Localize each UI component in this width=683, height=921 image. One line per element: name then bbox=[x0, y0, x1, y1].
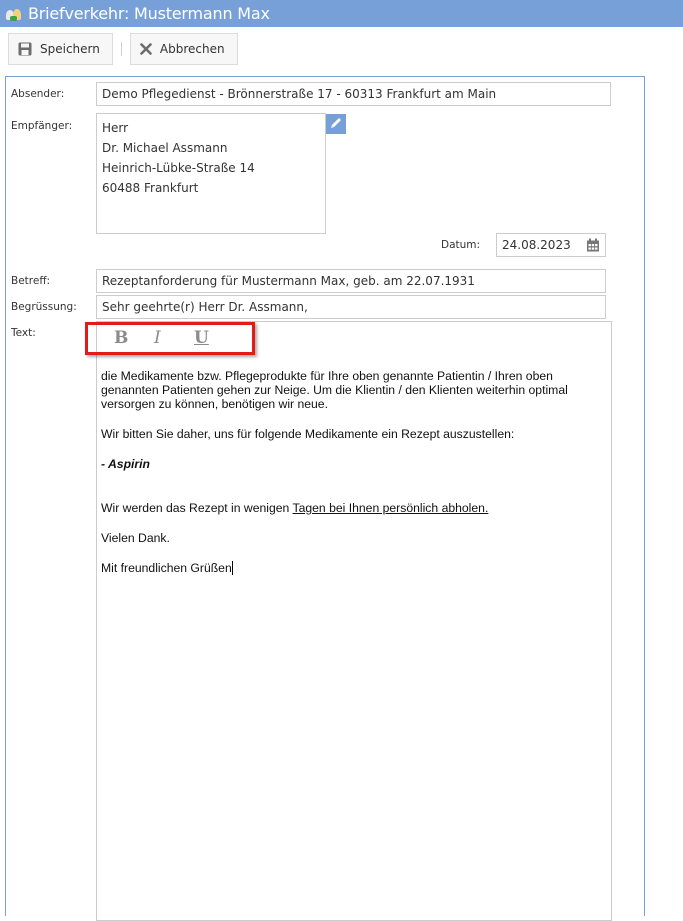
medication-item: - Aspirin bbox=[101, 457, 611, 471]
recipient-line: Dr. Michael Assmann bbox=[102, 138, 320, 158]
window-title: Briefverkehr: Mustermann Max bbox=[28, 4, 270, 23]
sender-label: Absender: bbox=[11, 88, 64, 100]
date-field[interactable]: 24.08.2023 bbox=[496, 233, 606, 257]
underline-button[interactable]: U bbox=[194, 330, 234, 347]
greeting-field[interactable]: Sehr geehrte(r) Herr Dr. Assmann, bbox=[96, 295, 606, 319]
body-paragraph: Vielen Dank. bbox=[101, 531, 611, 545]
body-text-underlined: Tagen bei Ihnen persönlich abholen. bbox=[293, 501, 489, 515]
body-paragraph: Mit freundlichen Grüßen bbox=[101, 561, 611, 575]
bold-button[interactable]: B bbox=[114, 330, 154, 347]
sender-field[interactable]: Demo Pflegedienst - Brönnerstraße 17 - 6… bbox=[96, 82, 611, 106]
subject-field[interactable]: Rezeptanforderung für Mustermann Max, ge… bbox=[96, 269, 606, 293]
cancel-button[interactable]: Abbrechen bbox=[130, 33, 238, 65]
recipient-label: Empfänger: bbox=[11, 120, 72, 132]
recipient-address-box: Herr Dr. Michael Assmann Heinrich-Lübke-… bbox=[96, 113, 326, 234]
save-button[interactable]: Speichern bbox=[8, 33, 113, 65]
letter-body[interactable]: die Medikamente bzw. Pflegeprodukte für … bbox=[101, 369, 611, 591]
recipient-line: Herr bbox=[102, 118, 320, 138]
text-caret bbox=[232, 561, 233, 575]
cancel-button-label: Abbrechen bbox=[160, 42, 225, 56]
recipient-line: 60488 Frankfurt bbox=[102, 178, 320, 198]
letter-form-panel: Absender: Demo Pflegedienst - Brönnerstr… bbox=[5, 76, 645, 899]
edit-recipient-button[interactable] bbox=[326, 114, 346, 134]
save-button-label: Speichern bbox=[40, 42, 100, 56]
recipient-line: Heinrich-Lübke-Straße 14 bbox=[102, 158, 320, 178]
closing-text: Mit freundlichen Grüßen bbox=[101, 561, 232, 575]
greeting-label: Begrüssung: bbox=[11, 301, 77, 313]
subject-label: Betreff: bbox=[11, 275, 50, 287]
formatting-toolbar: B I U bbox=[85, 322, 255, 355]
italic-button[interactable]: I bbox=[154, 330, 194, 347]
body-text-plain: Wir werden das Rezept in wenigen bbox=[101, 501, 293, 515]
text-label: Text: bbox=[11, 327, 36, 339]
x-icon bbox=[140, 43, 152, 55]
floppy-disk-icon bbox=[18, 42, 32, 56]
date-label: Datum: bbox=[441, 239, 480, 251]
calendar-icon[interactable] bbox=[586, 238, 600, 255]
toolbar-divider bbox=[121, 42, 122, 56]
body-paragraph: Wir werden das Rezept in wenigen Tagen b… bbox=[101, 501, 611, 515]
pencil-icon bbox=[329, 115, 343, 134]
body-paragraph: die Medikamente bzw. Pflegeprodukte für … bbox=[101, 369, 611, 411]
toolbar: Speichern Abbrechen bbox=[0, 27, 683, 71]
users-icon bbox=[6, 7, 22, 21]
window-titlebar: Briefverkehr: Mustermann Max bbox=[0, 0, 683, 27]
date-value: 24.08.2023 bbox=[502, 238, 571, 252]
body-paragraph: Wir bitten Sie daher, uns für folgende M… bbox=[101, 427, 611, 441]
